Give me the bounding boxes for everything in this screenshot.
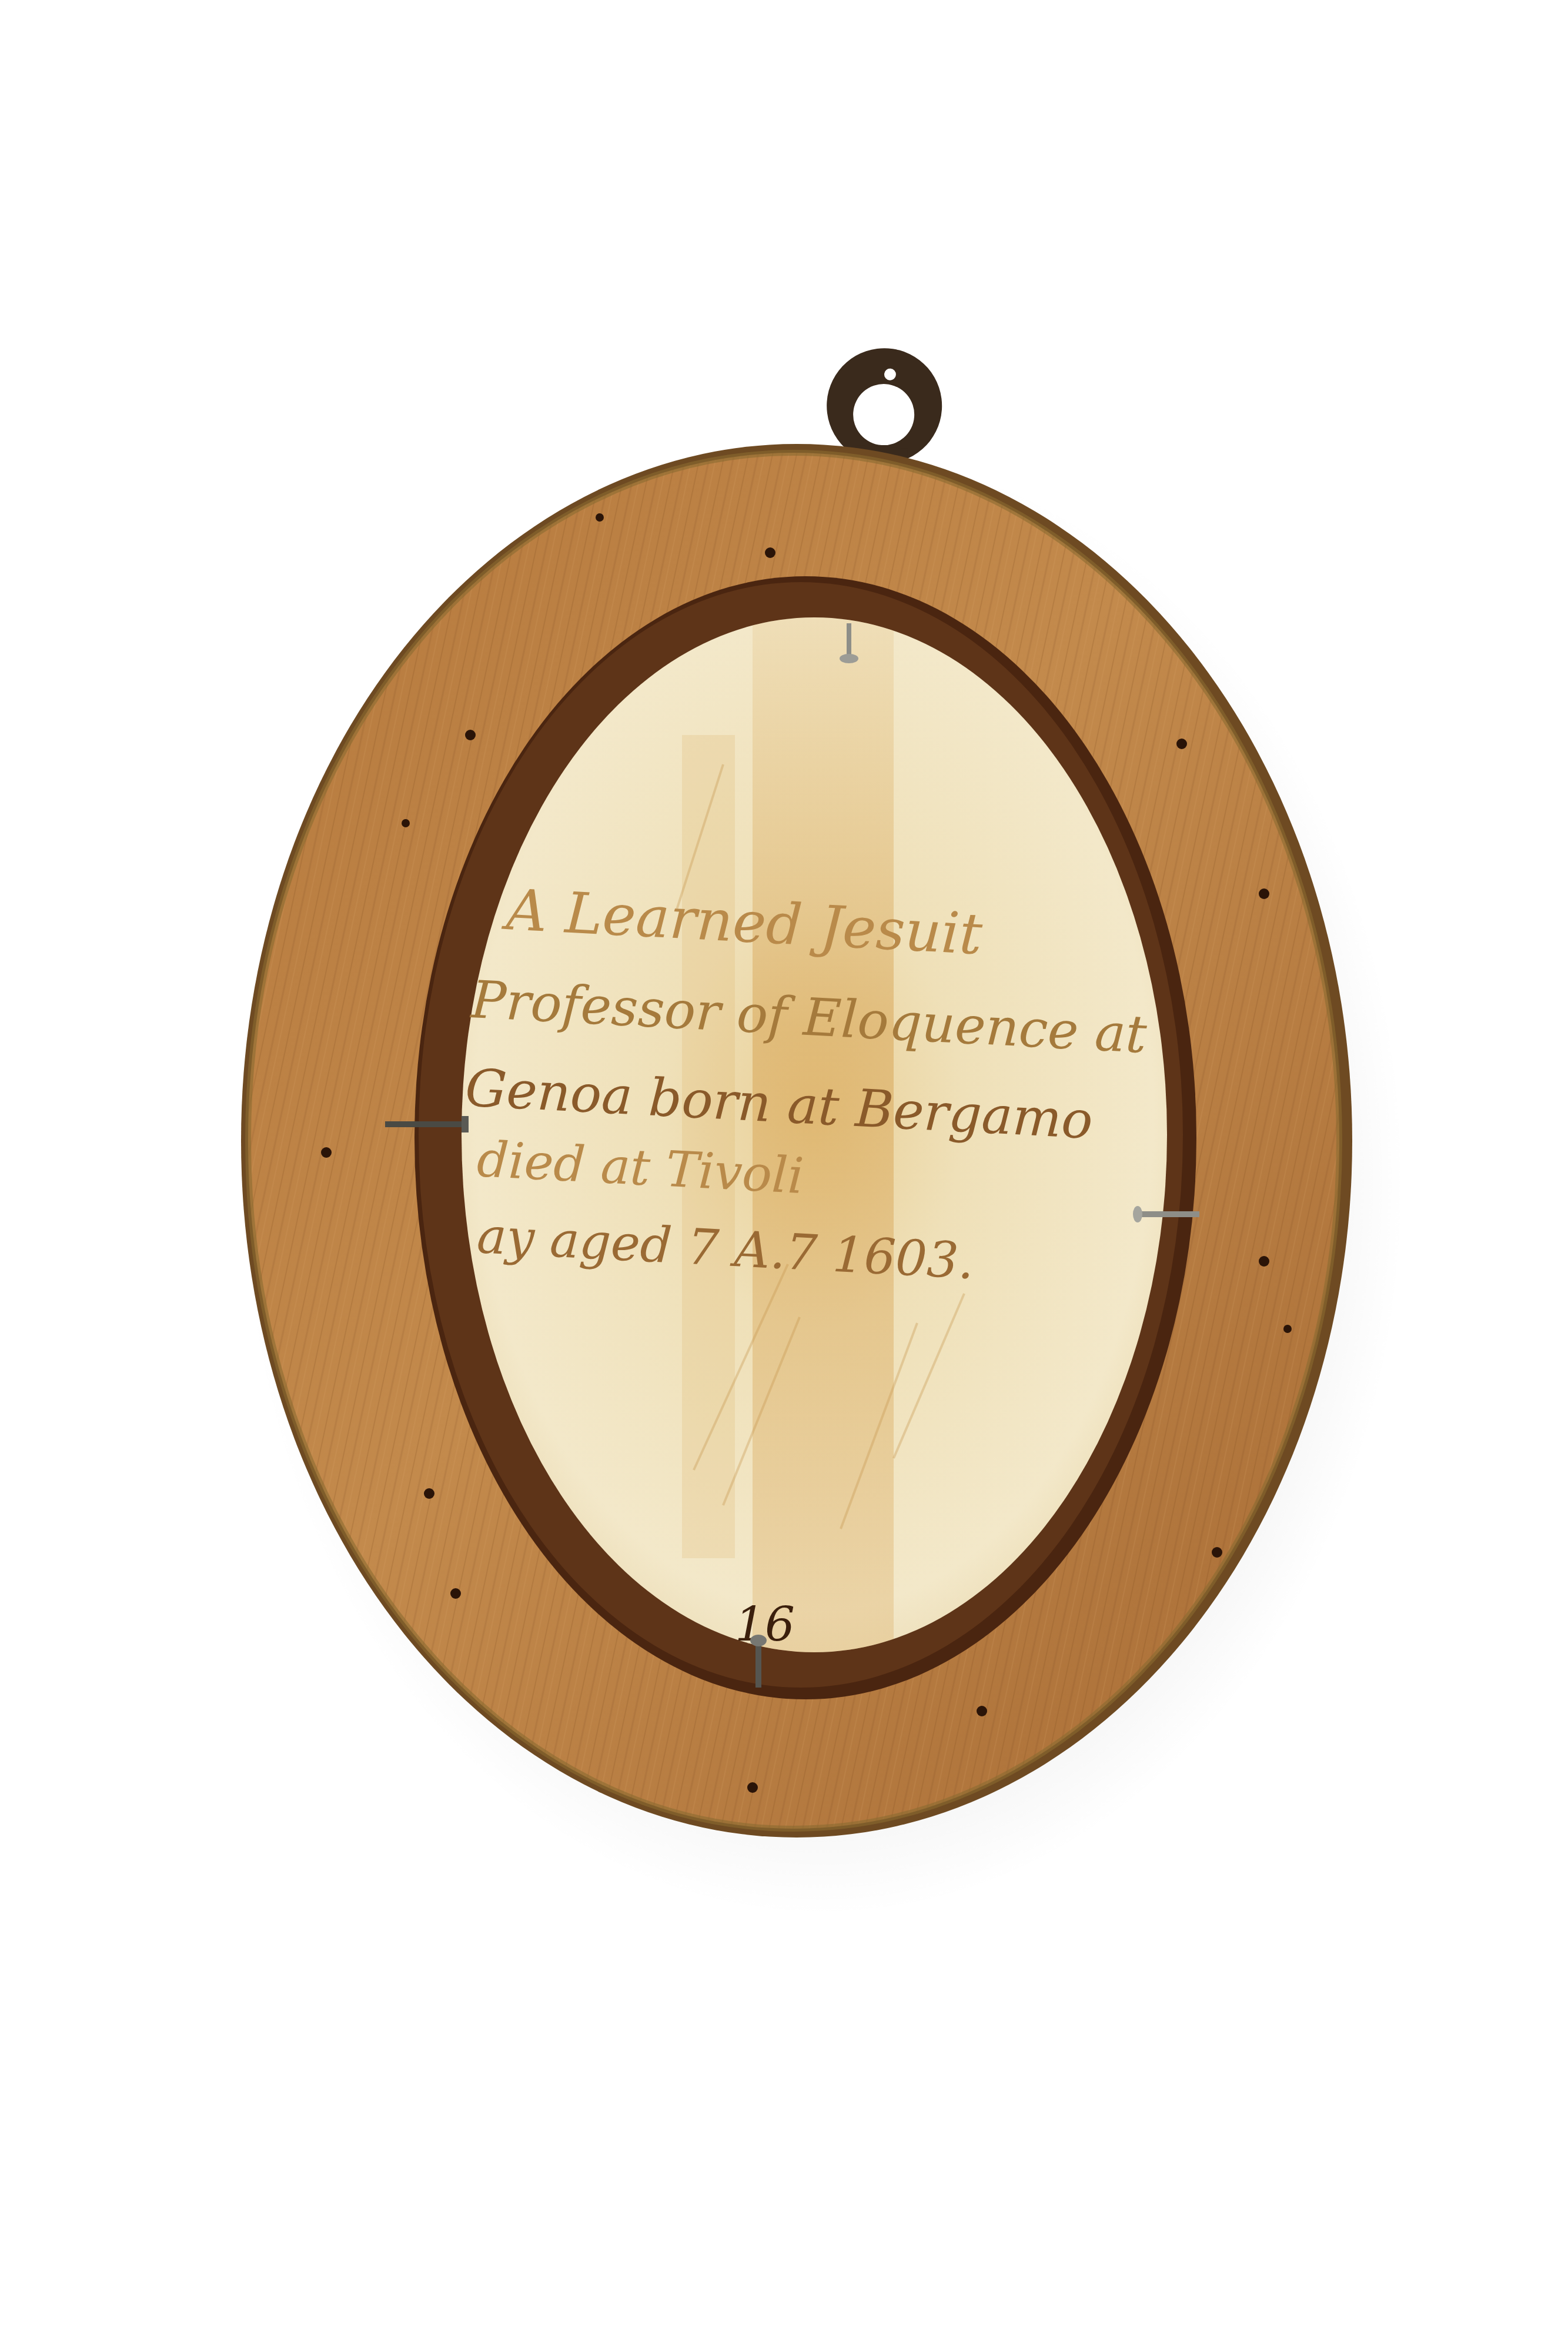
miniature-frame-back: A Learned Jesuit Professor of Eloquence … bbox=[0, 0, 1568, 2352]
photo-scene: A Learned Jesuit Professor of Eloquence … bbox=[0, 0, 1568, 2352]
